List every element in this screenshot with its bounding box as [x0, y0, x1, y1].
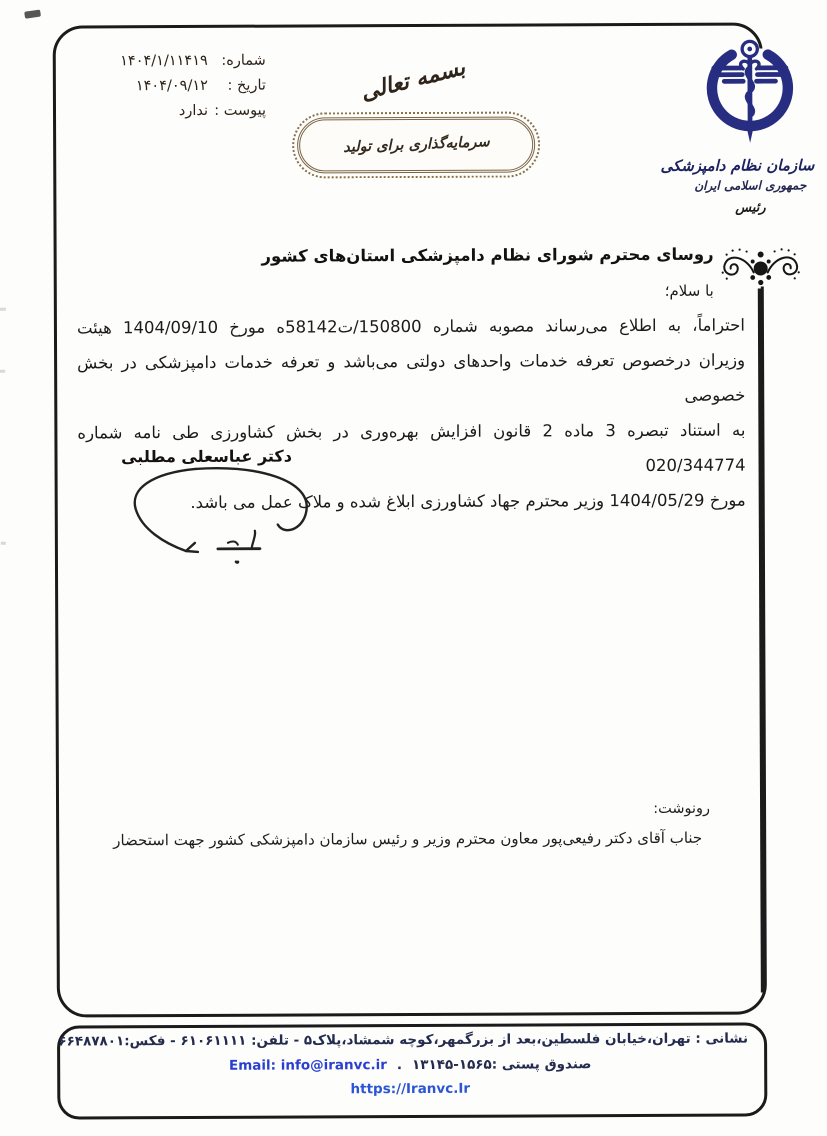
body-line-1: احتراماً، به اطلاع می‌رساند مصوبه شماره … [77, 308, 745, 346]
ref-date-row: تاریخ : ۱۴۰۴/۰۹/۱۲ [86, 78, 266, 95]
footer-pobox: صندوق پستی :۱۵۶۵-۱۳۱۴۵ [412, 1056, 591, 1073]
recipient-line: روسای محترم شورای نظام دامپزشکی استان‌ها… [114, 245, 714, 267]
scan-smudge [0, 308, 6, 311]
ref-number-label: شماره: [214, 53, 266, 69]
footer-content: نشانی : تهران،خیابان فلسطین،بعد از بزرگم… [72, 1031, 748, 1099]
scanned-letter-page: شماره: ۱۴۰۴/۱/۱۱۴۱۹ تاریخ : ۱۴۰۴/۰۹/۱۲ پ… [0, 0, 827, 1136]
footer-website: https://Iranvc.Ir [72, 1080, 748, 1099]
ref-number-value: ۱۴۰۴/۱/۱۱۴۱۹ [120, 53, 208, 69]
footer-separator-dot: . [397, 1057, 402, 1073]
floral-flourish-ornament [717, 242, 805, 290]
scan-artifact [24, 10, 41, 19]
footer-address: نشانی : تهران،خیابان فلسطین،بعد از بزرگم… [72, 1031, 748, 1050]
cc-label: رونوشت: [510, 801, 710, 818]
ref-attachment-label: پیوست : [214, 103, 266, 119]
flourish-icon [717, 242, 805, 290]
org-country-calligraphy: جمهوری اسلامی ایران [686, 178, 814, 193]
year-slogan-text: سرمایه‌گذاری برای تولید [343, 134, 490, 156]
handwritten-signature [100, 462, 330, 573]
org-role-calligraphy: رئیس [686, 200, 814, 216]
organization-logo-block: سازمان نظام دامپزشکی جمهوری اسلامی ایران… [686, 38, 815, 216]
letter-sheet: شماره: ۱۴۰۴/۱/۱۱۴۱۹ تاریخ : ۱۴۰۴/۰۹/۱۲ پ… [0, 0, 827, 1136]
scan-smudge [0, 370, 5, 373]
scan-smudge [1, 542, 6, 545]
salutation-line: با سلام؛ [414, 282, 714, 301]
footer-email: Email: info@iranvc.ir [229, 1057, 387, 1074]
veterinary-caduceus-logo-icon [702, 38, 798, 150]
reference-fields: شماره: ۱۴۰۴/۱/۱۱۴۱۹ تاریخ : ۱۴۰۴/۰۹/۱۲ پ… [86, 53, 266, 129]
cc-recipient-line: جناب آقای دکتر رفیعی‌پور معاون محترم وزی… [62, 829, 702, 850]
ref-date-value: ۱۴۰۴/۰۹/۱۲ [136, 78, 208, 94]
body-line-2: وزیران درخصوص تعرفه خدمات واحدهای دولتی … [77, 343, 745, 416]
org-name-calligraphy: سازمان نظام دامپزشکی [686, 156, 814, 175]
ref-date-label: تاریخ : [214, 78, 266, 94]
logo-staff-tip [746, 126, 754, 143]
footer-contact-row: صندوق پستی :۱۵۶۵-۱۳۱۴۵ . Email: info@ira… [72, 1056, 748, 1075]
ref-attachment-value: ندارد [179, 103, 208, 119]
year-slogan-cartouche: سرمایه‌گذاری برای تولید [297, 116, 535, 173]
ref-number-row: شماره: ۱۴۰۴/۱/۱۱۴۱۹ [86, 53, 266, 70]
ref-attachment-row: پیوست : ندارد [86, 103, 266, 120]
signature-scribble-icon [100, 462, 330, 573]
